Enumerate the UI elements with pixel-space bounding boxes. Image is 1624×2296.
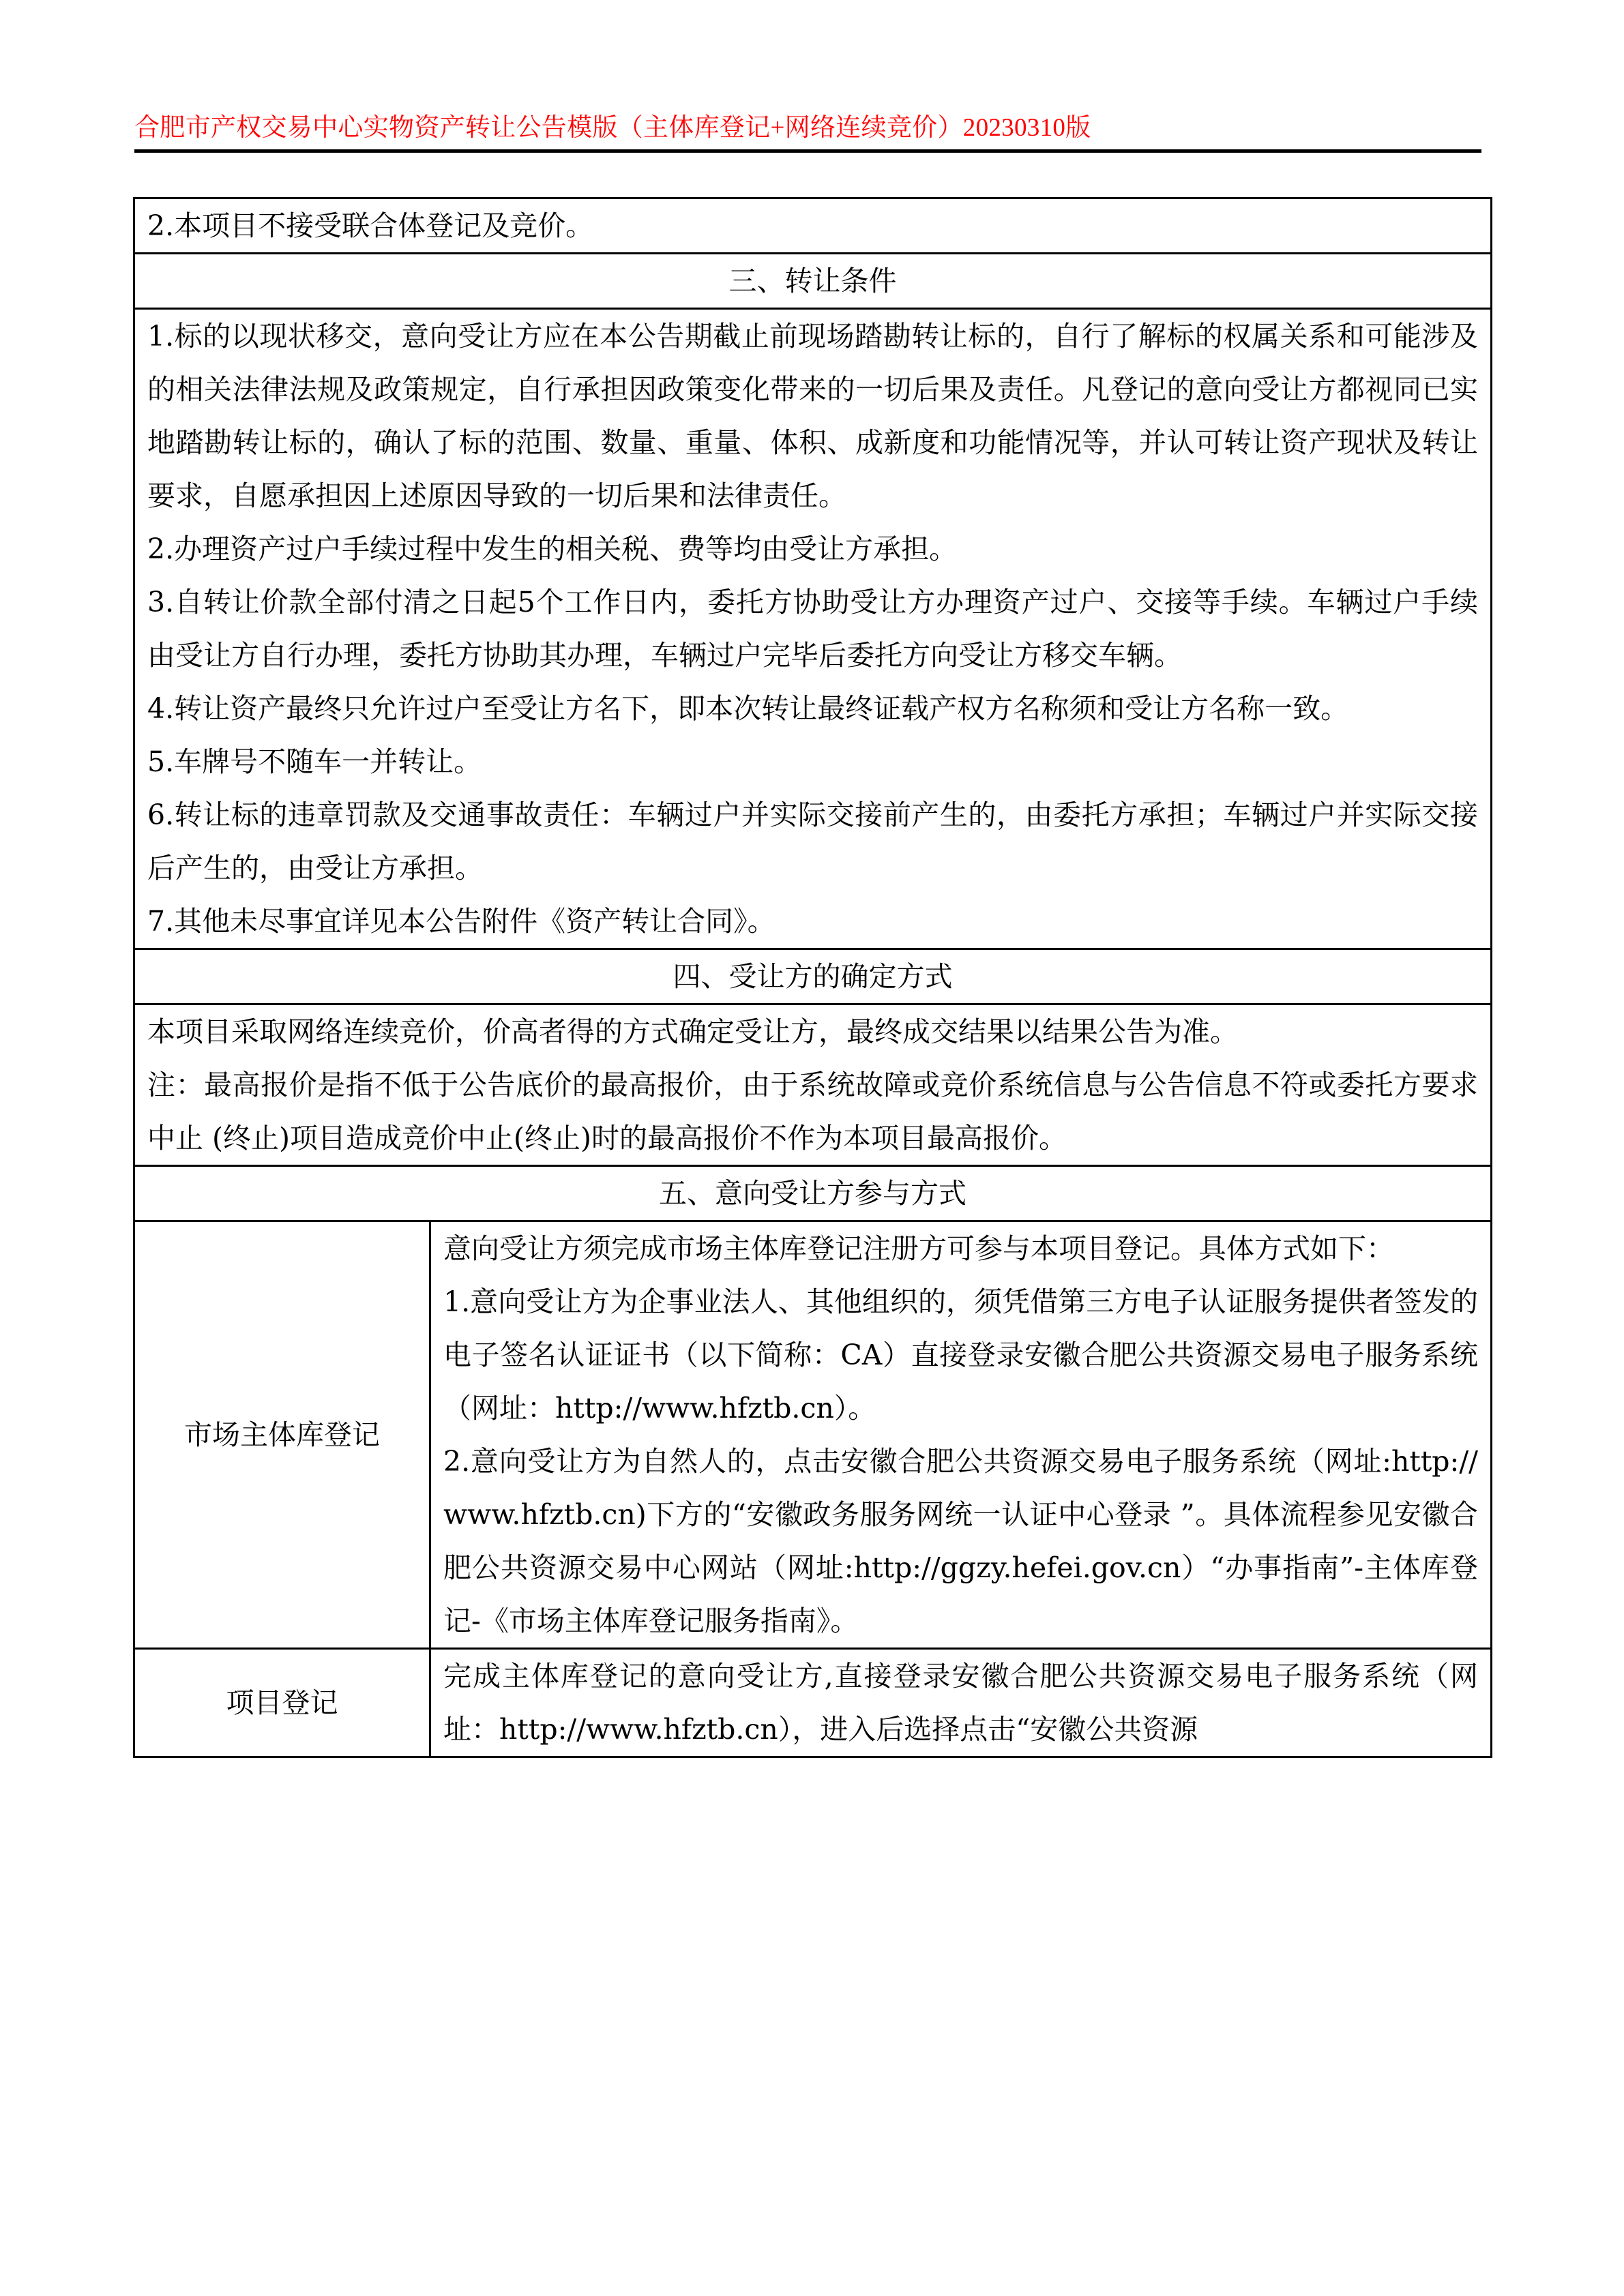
row-label-market-entity-registration: 市场主体库登记 — [134, 1221, 430, 1649]
announcement-table: 2.本项目不接受联合体登记及竞价。 三、转让条件 1.标的以现状移交，意向受让方… — [133, 197, 1492, 1758]
condition-item: 3.自转让价款全部付清之日起5个工作日内，委托方协助受让方办理资产过户、交接等手… — [147, 576, 1478, 682]
condition-item: 6.转让标的违章罚款及交通事故责任：车辆过户并实际交接前产生的，由委托方承担；车… — [147, 788, 1478, 895]
document-template-title: 合肥市产权交易中心实物资产转让公告模版（主体库登记+网络连续竞价）2023031… — [134, 110, 1091, 146]
transfer-conditions-list: 1.标的以现状移交，意向受让方应在本公告期截止前现场踏勘转让标的，自行了解标的权… — [134, 309, 1492, 949]
table-row: 四、受让方的确定方式 — [134, 949, 1492, 1004]
condition-item: 4.转让资产最终只允许过户至受让方名下，即本次转让最终证载产权方名称须和受让方名… — [147, 682, 1478, 735]
condition-item: 7.其他未尽事宜详见本公告附件《资产转让合同》。 — [147, 895, 1478, 948]
table-row: 市场主体库登记 意向受让方须完成市场主体库登记注册方可参与本项目登记。具体方式如… — [134, 1221, 1492, 1649]
market-entity-registration-content: 意向受让方须完成市场主体库登记注册方可参与本项目登记。具体方式如下： 1.意向受… — [430, 1221, 1492, 1649]
table-row: 项目登记 完成主体库登记的意向受让方,直接登录安徽合肥公共资源交易电子服务系统（… — [134, 1649, 1492, 1757]
table-row: 1.标的以现状移交，意向受让方应在本公告期截止前现场踏勘转让标的，自行了解标的权… — [134, 309, 1492, 949]
registration-paragraph: 1.意向受让方为企事业法人、其他组织的，须凭借第三方电子认证服务提供者签发的电子… — [443, 1275, 1478, 1435]
determination-paragraph: 本项目采取网络连续竞价，价高者得的方式确定受让方，最终成交结果以结果公告为准。 — [147, 1005, 1478, 1058]
section-title-transfer-conditions: 三、转让条件 — [134, 254, 1492, 309]
consortium-note: 2.本项目不接受联合体登记及竞价。 — [134, 198, 1492, 254]
table-row: 本项目采取网络连续竞价，价高者得的方式确定受让方，最终成交结果以结果公告为准。 … — [134, 1004, 1492, 1166]
header-rule — [134, 149, 1481, 153]
buyer-determination-text: 本项目采取网络连续竞价，价高者得的方式确定受让方，最终成交结果以结果公告为准。 … — [134, 1004, 1492, 1166]
table-row: 五、意向受让方参与方式 — [134, 1166, 1492, 1221]
table-row: 2.本项目不接受联合体登记及竞价。 — [134, 198, 1492, 254]
determination-note: 注：最高报价是指不低于公告底价的最高报价，由于系统故障或竞价系统信息与公告信息不… — [147, 1058, 1478, 1165]
row-label-project-registration: 项目登记 — [134, 1649, 430, 1757]
table-row: 三、转让条件 — [134, 254, 1492, 309]
registration-paragraph: 意向受让方须完成市场主体库登记注册方可参与本项目登记。具体方式如下： — [443, 1222, 1478, 1275]
section-title-participation-method: 五、意向受让方参与方式 — [134, 1166, 1492, 1221]
registration-paragraph: 2.意向受让方为自然人的，点击安徽合肥公共资源交易电子服务系统（网址:http:… — [443, 1435, 1478, 1648]
condition-item: 2.办理资产过户手续过程中发生的相关税、费等均由受让方承担。 — [147, 522, 1478, 576]
project-registration-content: 完成主体库登记的意向受让方,直接登录安徽合肥公共资源交易电子服务系统（网址：ht… — [430, 1649, 1492, 1757]
page-header: 合肥市产权交易中心实物资产转让公告模版（主体库登记+网络连续竞价）2023031… — [134, 110, 1481, 151]
condition-item: 1.标的以现状移交，意向受让方应在本公告期截止前现场踏勘转让标的，自行了解标的权… — [147, 310, 1478, 522]
section-title-buyer-determination: 四、受让方的确定方式 — [134, 949, 1492, 1004]
registration-paragraph: 完成主体库登记的意向受让方,直接登录安徽合肥公共资源交易电子服务系统（网址：ht… — [443, 1650, 1478, 1756]
condition-item: 5.车牌号不随车一并转让。 — [147, 735, 1478, 788]
